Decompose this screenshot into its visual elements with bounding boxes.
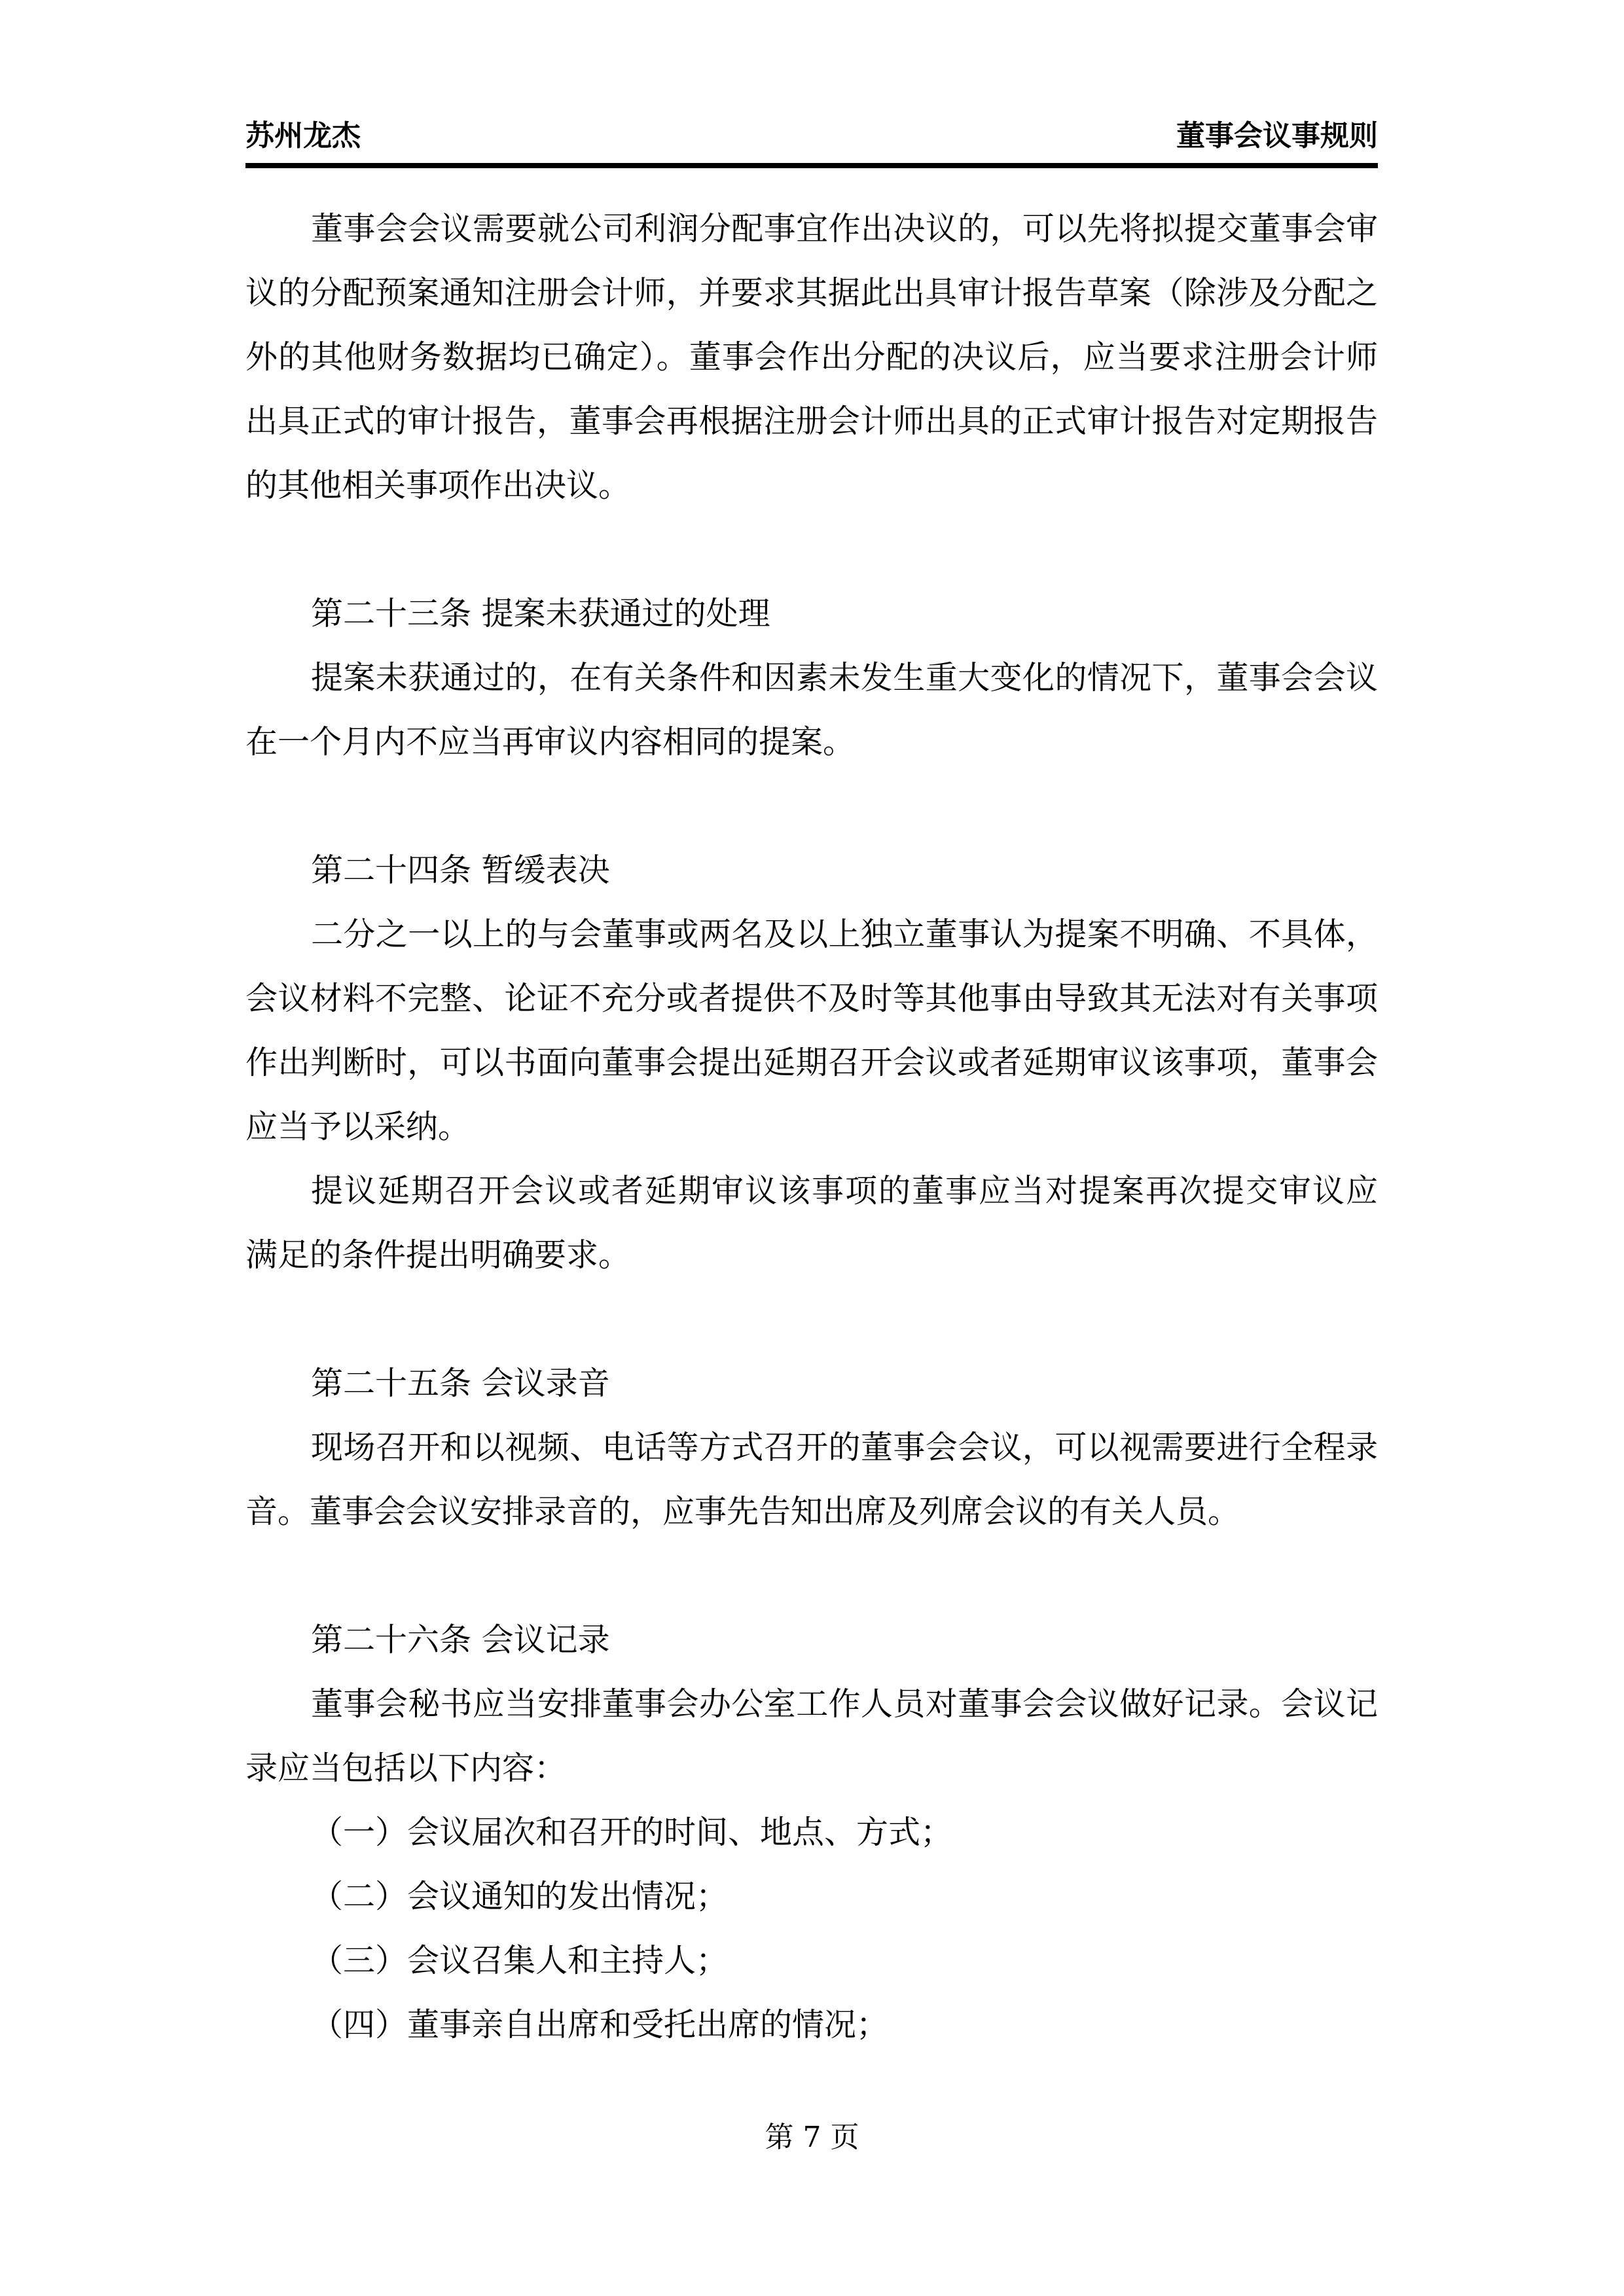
header-company-name: 苏州龙杰 [245,120,361,153]
header-doc-title: 董事会议事规则 [1176,120,1378,153]
text-line: 提案未获通过的，在有关条件和因素未发生重大变化的情况下，董事会会议 [245,646,1378,710]
article-24-heading: 第二十四条 暂缓表决 [245,838,1378,903]
article-24-paragraph-1: 二分之一以上的与会董事或两名及以上独立董事认为提案不明确、不具体，会议材料不完整… [245,903,1378,1159]
intro-paragraph: 董事会会议需要就公司利润分配事宜作出决议的，可以先将拟提交董事会审议的分配预案通… [245,197,1378,518]
text-line: 音。董事会会议安排录音的，应事先告知出席及列席会议的有关人员。 [245,1480,1378,1544]
text-line: （一）会议届次和召开的时间、地点、方式； [245,1801,1378,1865]
article-26-paragraph: 董事会秘书应当安排董事会办公室工作人员对董事会会议做好记录。会议记录应当包括以下… [245,1672,1378,1801]
text-line: 外的其他财务数据均已确定）。董事会作出分配的决议后，应当要求注册会计师 [245,325,1378,389]
page-header: 苏州龙杰 董事会议事规则 [245,120,1378,168]
text-line: （二）会议通知的发出情况； [245,1865,1378,1929]
article-24-paragraph-2: 提议延期召开会议或者延期审议该事项的董事应当对提案再次提交审议应满足的条件提出明… [245,1159,1378,1287]
list-item-4: （四）董事亲自出席和受托出席的情况； [245,1993,1378,2057]
text-line: （三）会议召集人和主持人； [245,1929,1378,1993]
text-line: 二分之一以上的与会董事或两名及以上独立董事认为提案不明确、不具体， [245,903,1378,967]
text-line: （四）董事亲自出席和受托出席的情况； [245,1993,1378,2057]
page-footer: 第 7 页 [0,2118,1624,2157]
list-item-3: （三）会议召集人和主持人； [245,1929,1378,1993]
article-25-heading: 第二十五条 会议录音 [245,1352,1378,1416]
text-line: 录应当包括以下内容： [245,1736,1378,1801]
article-26-heading: 第二十六条 会议记录 [245,1608,1378,1672]
list-item-2: （二）会议通知的发出情况； [245,1865,1378,1929]
text-line: 会议材料不完整、论证不充分或者提供不及时等其他事由导致其无法对有关事项 [245,967,1378,1031]
text-line: 董事会会议需要就公司利润分配事宜作出决议的，可以先将拟提交董事会审 [245,197,1378,261]
article-25-paragraph: 现场召开和以视频、电话等方式召开的董事会会议，可以视需要进行全程录音。董事会会议… [245,1416,1378,1544]
text-line: 现场召开和以视频、电话等方式召开的董事会会议，可以视需要进行全程录 [245,1416,1378,1480]
article-23-heading: 第二十三条 提案未获通过的处理 [245,582,1378,646]
document-body: 董事会会议需要就公司利润分配事宜作出决议的，可以先将拟提交董事会审议的分配预案通… [245,197,1378,2057]
text-line: 在一个月内不应当再审议内容相同的提案。 [245,710,1378,774]
text-line: 的其他相关事项作出决议。 [245,454,1378,518]
text-line: 董事会秘书应当安排董事会办公室工作人员对董事会会议做好记录。会议记 [245,1672,1378,1736]
page-number: 第 7 页 [765,2121,859,2154]
text-line: 应当予以采纳。 [245,1095,1378,1159]
text-line: 议的分配预案通知注册会计师，并要求其据此出具审计报告草案（除涉及分配之 [245,261,1378,325]
text-line: 满足的条件提出明确要求。 [245,1223,1378,1287]
text-line: 出具正式的审计报告，董事会再根据注册会计师出具的正式审计报告对定期报告 [245,389,1378,454]
document-page: 苏州龙杰 董事会议事规则 董事会会议需要就公司利润分配事宜作出决议的，可以先将拟… [0,0,1624,2296]
list-item-1: （一）会议届次和召开的时间、地点、方式； [245,1801,1378,1865]
article-23-paragraph: 提案未获通过的，在有关条件和因素未发生重大变化的情况下，董事会会议在一个月内不应… [245,646,1378,774]
text-line: 提议延期召开会议或者延期审议该事项的董事应当对提案再次提交审议应 [245,1159,1378,1223]
text-line: 作出判断时，可以书面向董事会提出延期召开会议或者延期审议该事项，董事会 [245,1031,1378,1095]
